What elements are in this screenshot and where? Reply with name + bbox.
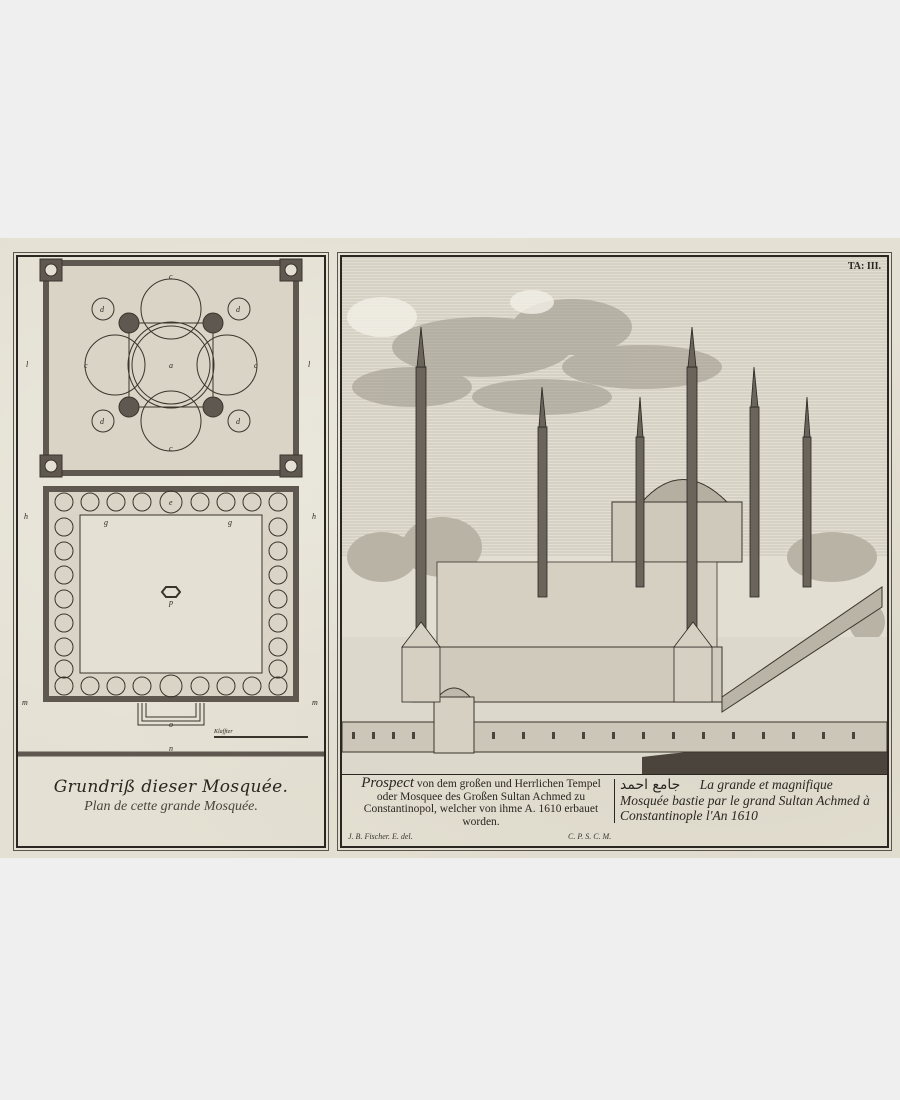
svg-text:g: g	[104, 518, 108, 527]
caption-french: جامع احمد La grande et magnifique Mosqué…	[620, 777, 882, 823]
plate-number: TA: III.	[848, 261, 881, 272]
plan-title-german: Grundriß dieser Mosquée.	[18, 777, 324, 797]
svg-text:a: a	[169, 361, 173, 370]
engraving-sheet: acccc dddd egg poll hhmmn Klaffter Grund…	[0, 238, 900, 858]
plan-title-french: Plan de cette grande Mosquée.	[18, 799, 324, 815]
caption-german: Prospect von dem großen und Herrlichen T…	[350, 777, 612, 828]
svg-text:h: h	[312, 512, 316, 521]
svg-text:c: c	[169, 272, 173, 281]
svg-text:n: n	[169, 744, 173, 753]
signature-privilege: C. P. S. C. M.	[568, 832, 611, 841]
svg-text:p: p	[168, 598, 173, 607]
caption-arabic: جامع احمد	[620, 777, 680, 793]
svg-text:m: m	[22, 698, 28, 707]
svg-text:Klaffter: Klaffter	[213, 728, 233, 735]
svg-text:l: l	[26, 360, 29, 369]
svg-text:o: o	[169, 720, 173, 729]
svg-text:c: c	[169, 444, 173, 453]
signature-delineator: J. B. Fischer. E. del.	[348, 832, 413, 841]
floor-plan-drawing: acccc dddd egg poll hhmmn Klaffter	[18, 257, 324, 757]
svg-text:l: l	[308, 360, 311, 369]
caption-german-lead: Prospect	[361, 775, 414, 791]
svg-text:c: c	[84, 361, 88, 370]
svg-text:e: e	[169, 498, 173, 507]
caption-divider	[614, 779, 615, 823]
svg-text:h: h	[24, 512, 28, 521]
svg-text:c: c	[254, 361, 258, 370]
svg-text:m: m	[312, 698, 318, 707]
floor-plan-panel: acccc dddd egg poll hhmmn Klaffter Grund…	[16, 255, 326, 848]
mosque-perspective-engraving: TA: III.	[342, 257, 887, 775]
plan-caption: Grundriß dieser Mosquée. Plan de cette g…	[18, 777, 324, 815]
svg-text:g: g	[228, 518, 232, 527]
mosque-view-panel: TA: III. Prospect von dem großen und Her…	[340, 255, 889, 848]
